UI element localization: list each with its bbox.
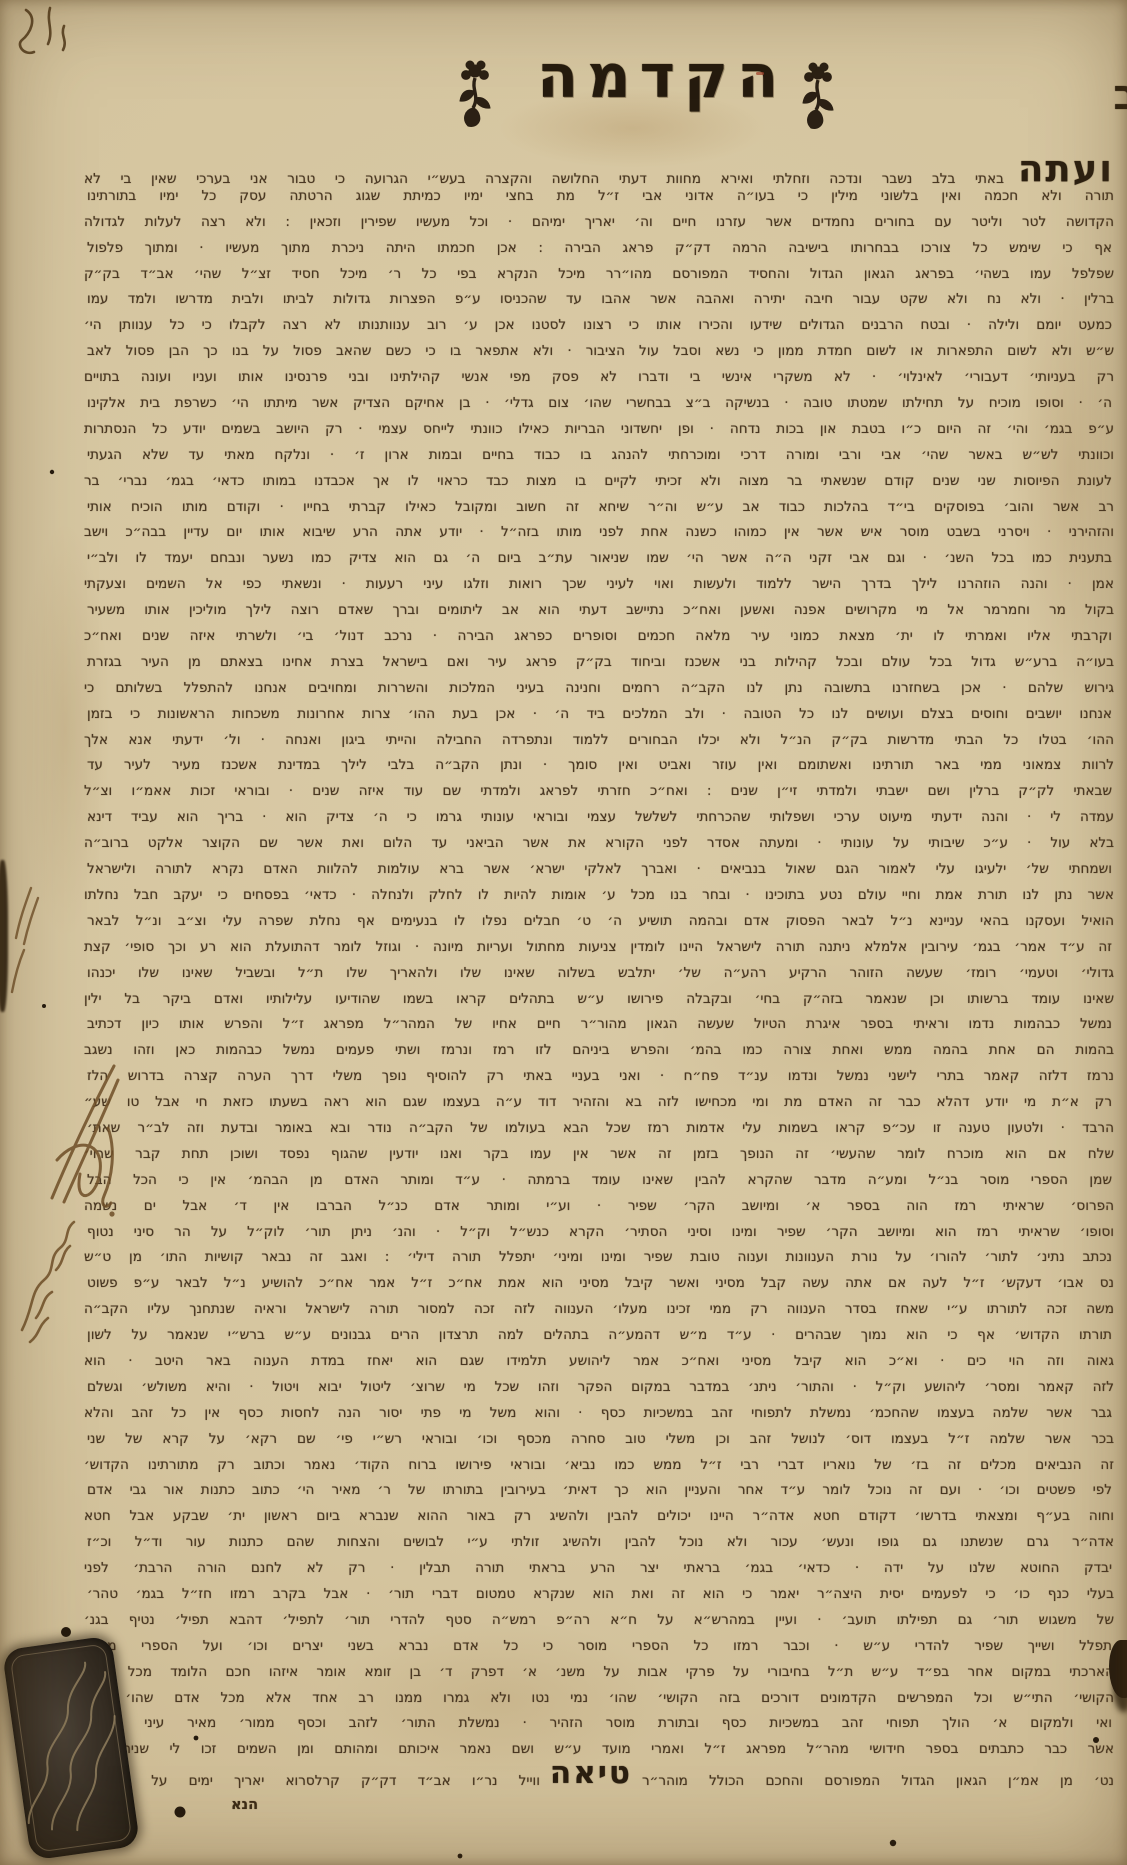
text-line: הרבד · ולטעון טענה זו עכ״פ קראו בשמות על… xyxy=(84,1116,1114,1142)
text-line: זה ע״ד אמר׳ בגמ׳ עירובין אלמלא ניתנה תור… xyxy=(84,935,1114,961)
text-line: תפלל ושייך שפיר להדרי ע״ש · וכבר רמזו כל… xyxy=(84,1634,1114,1660)
catchword: הנא xyxy=(231,1797,258,1813)
text-line: משה זכה לתורתו ע״י שאחז בסדר הענווה רק מ… xyxy=(84,1297,1114,1323)
corner-scrawl xyxy=(20,8,65,53)
text-line: ושמחתי של׳ ילעיגו עלי לאמור הגם שאול בנב… xyxy=(84,857,1114,883)
text-line: תורתו הקדוש׳ אף כי הוא נמוך שבהרים · ע״ד… xyxy=(84,1323,1114,1349)
censor-signature-script xyxy=(22,1222,74,1342)
text-line: בהמות הם אחת בהמה ממש ואחת צורה כמו בהמ׳… xyxy=(84,1038,1114,1064)
text-line: גאוה וזה הוי כים · וא״כ הוא קיבל מסיני ו… xyxy=(84,1349,1114,1375)
text-line: אשר נתן לנו תורת אמת וחיי עולם נטע בתוכי… xyxy=(84,883,1114,909)
text-line: גירוש שלהם · אכן בשחזרנו בתשובה נתן לנו … xyxy=(84,676,1114,702)
text-line: ההו׳ בטלו כל הבתי מדרשות בק״ק הנ״ל ולא י… xyxy=(84,728,1114,754)
text-line: גדולי׳ וטעמי׳ רומז׳ שעשה הזוהר הרקיע רהע… xyxy=(84,961,1114,987)
text-line: לרוות צמאוני ממי באר תורתינו ואשתומם ואי… xyxy=(84,753,1114,779)
text-lines: תורה ולא חכמה ואין בלשוני מילין כי בעו״ה… xyxy=(84,184,1114,1763)
closing-name-word: טיאה xyxy=(550,1755,632,1791)
text-line: שבאתי לק״ק ברלין ושם ישבתי ולמדתי זי״ן ש… xyxy=(84,779,1114,805)
fleuron-ornament-icon xyxy=(795,60,841,134)
text-line: בקול מר וחמרמר אל מי מקרושים אפנה ואשען … xyxy=(84,598,1114,624)
last-line-suffix: ווייל נר״ו אב״ד דק״ק קרלסרוא יאריך ימים … xyxy=(84,1773,540,1789)
text-line: ברלין · ולא נח ולא שקט עבור חיבה יתירה ו… xyxy=(84,287,1114,313)
text-line: בכר אשר שלמה ז״ל בעצמו דוס׳ לנושל זהב וכ… xyxy=(84,1427,1114,1453)
text-line: רב אשר והוב׳ בפוסקים בי״ד בהלכות כבוד אב… xyxy=(84,495,1114,521)
body-text: ועתהבאתי בלב נשבר ונדכה וזחלתי ואירא מחו… xyxy=(84,158,1114,1789)
text-line: אדה״ר גרם שנשתנו גם גופו ונעש׳ עכור ולא … xyxy=(84,1530,1114,1556)
text-line: נס אבו׳ דעקש׳ ז״ל לעה אם אתה עשה קבל מסי… xyxy=(84,1271,1114,1297)
text-line: נמשל כבהמות נדמו וראיתי בספר איגרת הטיול… xyxy=(84,1012,1114,1038)
text-line: אמן · והנה הוזהרנו לילך בדרך הישר ללמוד … xyxy=(84,572,1114,598)
text-line: נרמז דלזה קאמר בתרי לישני נמשל ונדמו ענ״… xyxy=(84,1064,1114,1090)
text-line: הואיל ועסקנו בהאי עניינא נ״ל לבאר הפסוק … xyxy=(84,909,1114,935)
text-line: וכוונתי לש״ש באשר שהי׳ אבי ורבי ומורה דר… xyxy=(84,443,1114,469)
ink-bleed-left-edge xyxy=(0,860,8,1012)
text-line-first: ועתהבאתי בלב נשבר ונדכה וזחלתי ואירא מחו… xyxy=(84,158,1114,184)
text-line: לזה קאמר ומסר׳ ליהושע וק״ל · והתור׳ ניתנ… xyxy=(84,1375,1114,1401)
text-line: כמעט יומם ולילה · ובטח הרבנים הגדולים שי… xyxy=(84,313,1114,339)
red-ink-speck xyxy=(756,72,764,75)
text-line: שלח אם הוא מוכרח לומר שהעשי׳ זה הנופך בז… xyxy=(84,1142,1114,1168)
text-line: אנחנו יושבים וחוסים בצלם ועושים לנו כל ה… xyxy=(84,702,1114,728)
last-line-prefix: נט׳ מן אמ״ן הגאון הגדול המפורסם והחכם הכ… xyxy=(642,1773,1114,1789)
text-line: הקדושה לטר וליטר עם בחורים נחמדים אשר עז… xyxy=(84,210,1114,236)
text-line: ע״פ בגמ׳ והי׳ זה היום כ״ו בטבת און בכות … xyxy=(84,417,1114,443)
censor-signature xyxy=(12,888,38,992)
text-line: בעו״ה ברע״ש גדול בכל עולם ובכל קהילות בנ… xyxy=(84,650,1114,676)
text-line-last: נט׳ מן אמ״ן הגאון הגדול המפורסם והחכם הכ… xyxy=(84,1763,1114,1789)
text-line: אף כי שימש כל צורכו בבחרותו בישיבה הרמה … xyxy=(84,236,1114,262)
text-line: יבדק החוטא שלנו על ידה · כדאי׳ בגמ׳ בראת… xyxy=(84,1556,1114,1582)
text-line: הארכתי במקום אחר בפ״ד ע״ש ת״ל בחיבורי על… xyxy=(84,1660,1114,1686)
text-line: עמדה לי · והנה ידעתי מיעוט ערכי ושפלותי … xyxy=(84,805,1114,831)
fleuron-ornament-icon xyxy=(452,58,498,132)
text-line: לעונת הפיוסות שני שנים קודם שנשאתי בר מצ… xyxy=(84,469,1114,495)
text-line: וחוה בע״ף ומצאתי בדרשו׳ דקודם חטא אדה״ר … xyxy=(84,1504,1114,1530)
text-line: לפי פשטים וכו׳ · ועם זה נוכל לומר ע״ד אח… xyxy=(84,1478,1114,1504)
text-line: שאינו עומד ברשותו וכן שנאמר בזה״ק בחי׳ ו… xyxy=(84,987,1114,1013)
text-line: הפרוס׳ שראיתי רמז הוה בספר א׳ ומיושב הקר… xyxy=(84,1194,1114,1220)
text-line: רק א״ת מי יודע דהלא כבר זה האדם מת ומי מ… xyxy=(84,1090,1114,1116)
text-line: של משגוש תור׳ גם תפילתו תועב׳ · ועיין במ… xyxy=(84,1608,1114,1634)
text-line: ה׳ · וסופו מוכיח על תחילתו שמטתו טובה · … xyxy=(84,391,1114,417)
text-line: רק בעניותי׳ דעבורי׳ לאינלוי׳ · לא משקרי … xyxy=(84,365,1114,391)
text-line: וקרבתי אליו ואמרתי לו ית׳ מצאת כמוני עיר… xyxy=(84,624,1114,650)
folio-letter: ב xyxy=(1113,70,1127,119)
text-line: שפלפל עמו בשהי׳ בפראג הגאון הגדול והחסיד… xyxy=(84,262,1114,288)
text-line: זה הנביאים מכלים זה בז׳ של נואריו דברי ר… xyxy=(84,1453,1114,1479)
text-line: בעלי כנף כו׳ כי לפעמים יסית היצה״ר יאמר … xyxy=(84,1582,1114,1608)
text-line: ש״ש ולא לשום התפארות או לשום חמדת ממון כ… xyxy=(84,339,1114,365)
text-line: תורה ולא חכמה ואין בלשוני מילין כי בעו״ה… xyxy=(84,184,1114,210)
text-line: ואי ולמקום א׳ הולך תפוחי זהב במשכיות כסף… xyxy=(84,1711,1114,1737)
text-line: וסופו׳ שראיתי רמז הוא ומיושב הקר׳ שפיר ו… xyxy=(84,1220,1114,1246)
page-title: הקדמה xyxy=(537,42,737,112)
opening-word: ועתה xyxy=(1018,147,1114,190)
text-line: בלא עול · ע״כ שיבותי על עונותי · ומעתה א… xyxy=(84,831,1114,857)
text-line: שמן הספרי מוסר בנ״ל ומע״ה מדבר שהקרא להב… xyxy=(84,1168,1114,1194)
text-line: בתענית כמו בכל השנ׳ · וגם אבי זקני ה״ה א… xyxy=(84,546,1114,572)
text-line: נכתב נתינ׳ לתור׳ להורו׳ על נורת הענוונות… xyxy=(84,1245,1114,1271)
text-line: גבר אשר שלמה בעצמו שהחכמ׳ נמשלת לתפוחי ז… xyxy=(84,1401,1114,1427)
page-scan: הקדמה ב ועתהבאתי בלב נשבר ונדכה וזחלתי ו… xyxy=(0,0,1127,1865)
text-line: הקושי׳ התי״ש וכל המפרשים הקדמונים דורכים… xyxy=(84,1686,1114,1712)
text-line: והזהירני · ויסרני בשבט מוסר איש אשר אין … xyxy=(84,520,1114,546)
